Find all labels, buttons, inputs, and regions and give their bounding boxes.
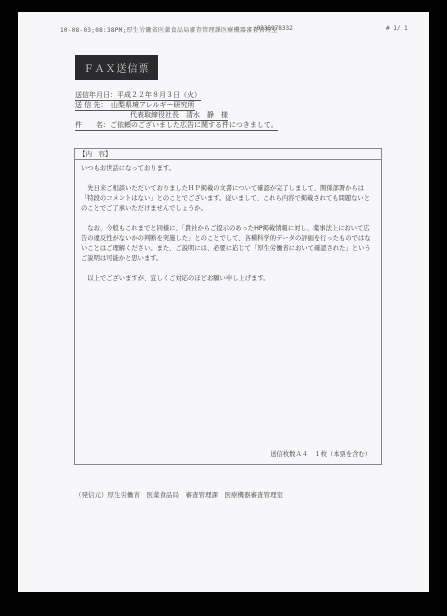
content-box: 【内 容】 いつもお世話になっております。 先日来ご相談いただいておりましたＨＰ… (74, 148, 382, 465)
greeting: いつもお世話になっております。 (81, 164, 375, 174)
content-header: 【内 容】 (75, 149, 381, 160)
closing: 以上でございますが、宜しくご対応のほどお願い申し上げます。 (81, 274, 375, 284)
fax-timestamp: 10-08-03;08:38PM;厚生労働省医薬食品局審査管理課医療機器審査管理… (60, 25, 278, 34)
document-title: ＦＡＸ送信票 (75, 55, 158, 80)
content-body: いつもお世話になっております。 先日来ご相談いただいておりましたＨＰ掲載の文書に… (75, 160, 381, 298)
fax-number: ;0335978332 (253, 25, 293, 32)
paragraph-notes: なお、今般もこれまでと同様に、「貴社からご提示のあったHP掲載情報に対し、薬事法… (81, 224, 375, 264)
fax-page-number: # 1/ 1 (386, 25, 408, 32)
sender-info: （発信元）厚生労働省 医薬食品局 審査管理課 医療機器審査管理室 (75, 490, 283, 499)
page-count-note: 送信枚数Ａ４ １枚（本票を含む） (270, 449, 371, 458)
fax-page: 10-08-03;08:38PM;厚生労働省医薬食品局審査管理課医療機器審査管理… (18, 12, 429, 592)
fax-meta: 送信年月日：平成２２年８月３日（火） 送 信 先： 山梨県境アレルギー研究所 代… (75, 90, 278, 130)
subject: 件 名：ご依頼のございました広告に関する件につきまして。 (75, 120, 278, 131)
paragraph-confirmation: 先日来ご相談いただいておりましたＨＰ掲載の文書について確認が完了しまして、関係部… (81, 184, 375, 214)
fax-transmission-header: 10-08-03;08:38PM;厚生労働省医薬食品局審査管理課医療機器審査管理… (18, 22, 429, 34)
